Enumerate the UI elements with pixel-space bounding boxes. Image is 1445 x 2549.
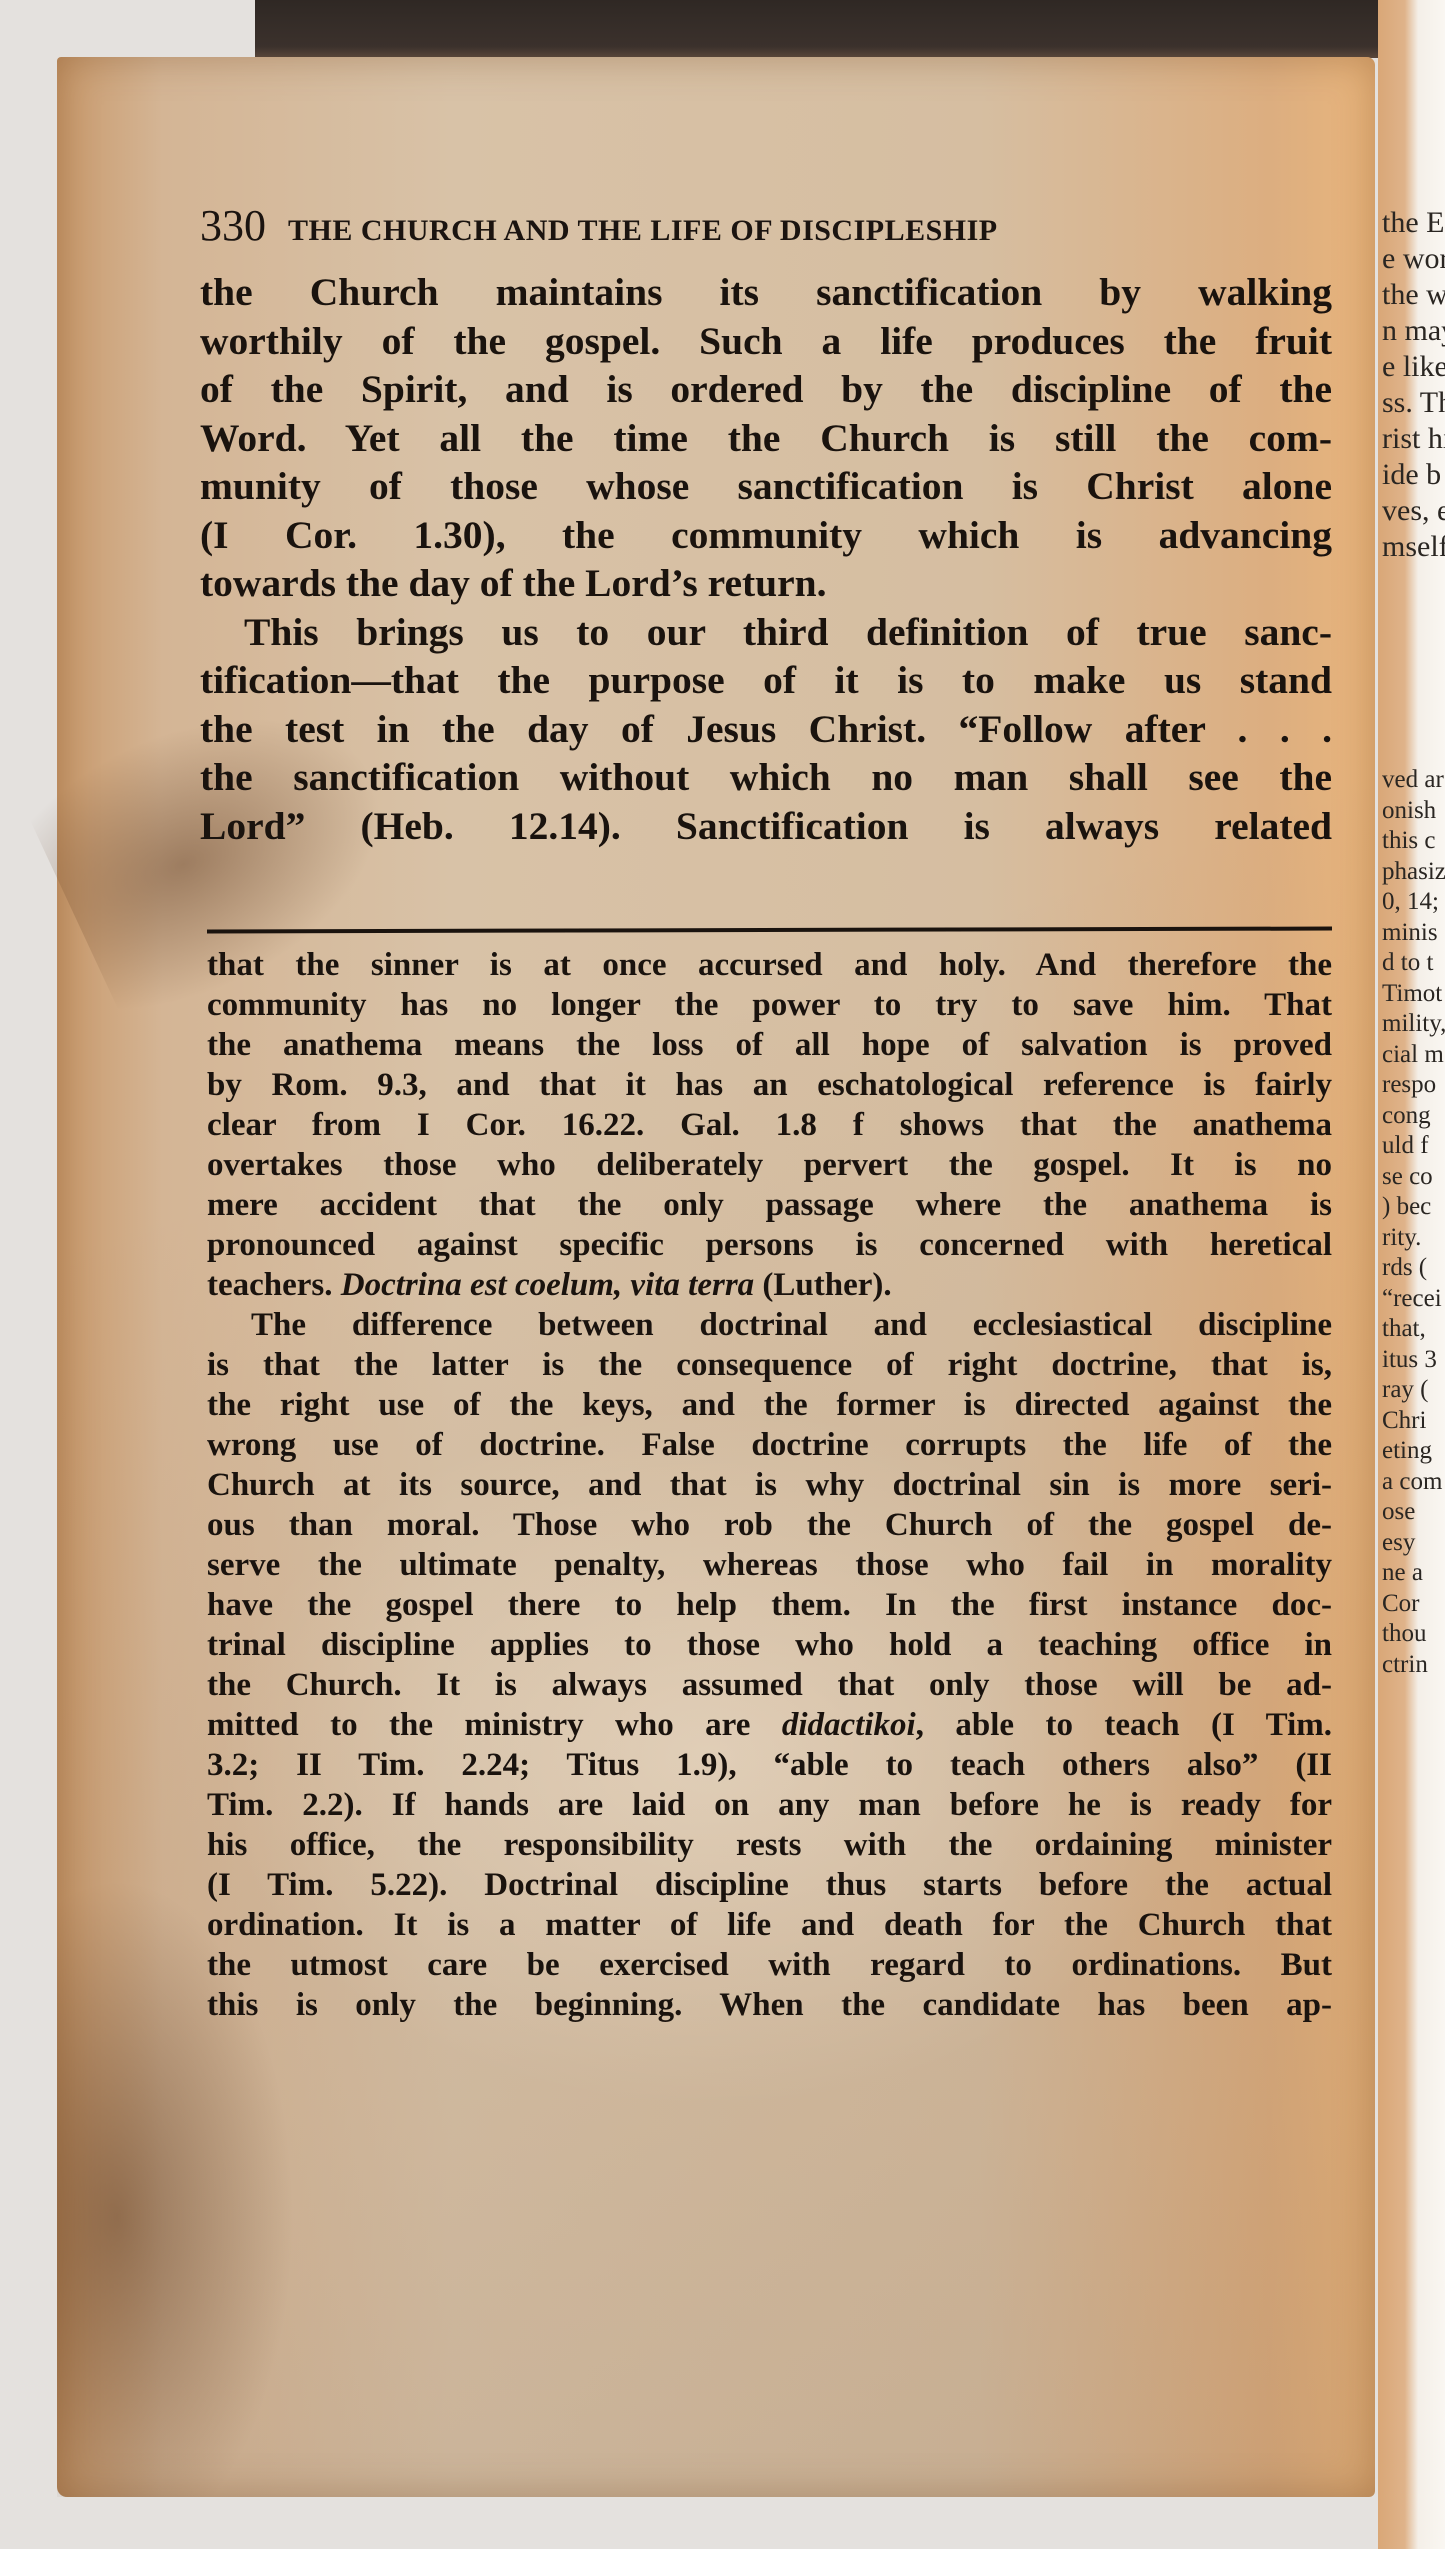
note-line: that the sinner is at once accursed and …: [207, 945, 1332, 985]
footnote-text: that the sinner is at once accursed and …: [207, 945, 1332, 2025]
note-line: ordination. It is a matter of life and d…: [207, 1905, 1332, 1945]
text-line: the Church maintains its sanctification …: [200, 268, 1332, 317]
page-number: 330: [200, 200, 266, 251]
note-line: serve the ultimate penalty, whereas thos…: [207, 1545, 1332, 1585]
note-line: is that the latter is the consequence of…: [207, 1345, 1332, 1385]
note-line: overtakes those who deliberately pervert…: [207, 1145, 1332, 1185]
note-line: mere accident that the only passage wher…: [207, 1185, 1332, 1225]
note-line: Church at its source, and that is why do…: [207, 1465, 1332, 1505]
note-line: clear from I Cor. 16.22. Gal. 1.8 f show…: [207, 1105, 1332, 1145]
running-head: 330 THE CHURCH AND THE LIFE OF DISCIPLES…: [200, 200, 1340, 251]
note-line: (I Tim. 5.22). Doctrinal discipline thus…: [207, 1865, 1332, 1905]
note-line: teachers. Doctrina est coelum, vita terr…: [207, 1265, 1332, 1305]
note-line: his office, the responsibility rests wit…: [207, 1825, 1332, 1865]
adjacent-page-lower-text: ved ar onish this c phasiz 0, 14; minis …: [1378, 765, 1445, 1680]
note-line: pronounced against specific persons is c…: [207, 1225, 1332, 1265]
main-text: the Church maintains its sanctification …: [200, 268, 1332, 850]
note-line: mitted to the ministry who are didactiko…: [207, 1705, 1332, 1745]
note-line: the utmost care be exercised with regard…: [207, 1945, 1332, 1985]
adjacent-page-upper-text: the E e worl the w n may e like ss. Th r…: [1378, 205, 1445, 565]
note-line: 3.2; II Tim. 2.24; Titus 1.9), “able to …: [207, 1745, 1332, 1785]
background-shadow: [255, 0, 1385, 58]
note-line: wrong use of doctrine. False doctrine co…: [207, 1425, 1332, 1465]
note-line: the anathema means the loss of all hope …: [207, 1025, 1332, 1065]
note-line: the Church. It is always assumed that on…: [207, 1665, 1332, 1705]
text-line: the sanctification without which no man …: [200, 753, 1332, 802]
running-title: THE CHURCH AND THE LIFE OF DISCIPLESHIP: [288, 214, 998, 248]
note-line: this is only the beginning. When the can…: [207, 1985, 1332, 2025]
text-line: the test in the day of Jesus Christ. “Fo…: [200, 705, 1332, 754]
text-line: towards the day of the Lord’s return.: [200, 559, 1332, 608]
note-line: Tim. 2.2). If hands are laid on any man …: [207, 1785, 1332, 1825]
note-line: ous than moral. Those who rob the Church…: [207, 1505, 1332, 1545]
text-line: (I Cor. 1.30), the community which is ad…: [200, 511, 1332, 560]
text-line: worthily of the gospel. Such a life prod…: [200, 317, 1332, 366]
text-line: Lord” (Heb. 12.14). Sanctification is al…: [200, 802, 1332, 851]
text-line: of the Spirit, and is ordered by the dis…: [200, 365, 1332, 414]
note-line: community has no longer the power to try…: [207, 985, 1332, 1025]
note-line: trinal discipline applies to those who h…: [207, 1625, 1332, 1665]
note-line: The difference between doctrinal and ecc…: [207, 1305, 1332, 1345]
note-line: have the gospel there to help them. In t…: [207, 1585, 1332, 1625]
latin-quote: Doctrina est coelum, vita terra: [341, 1267, 754, 1303]
text-line: This brings us to our third definition o…: [200, 608, 1332, 657]
text-line: Word. Yet all the time the Church is sti…: [200, 414, 1332, 463]
note-line: the right use of the keys, and the forme…: [207, 1385, 1332, 1425]
text-line: tification—that the purpose of it is to …: [200, 656, 1332, 705]
text-line: munity of those whose sanctification is …: [200, 462, 1332, 511]
greek-term: didactikoi: [782, 1707, 916, 1743]
note-line: by Rom. 9.3, and that it has an eschatol…: [207, 1065, 1332, 1105]
